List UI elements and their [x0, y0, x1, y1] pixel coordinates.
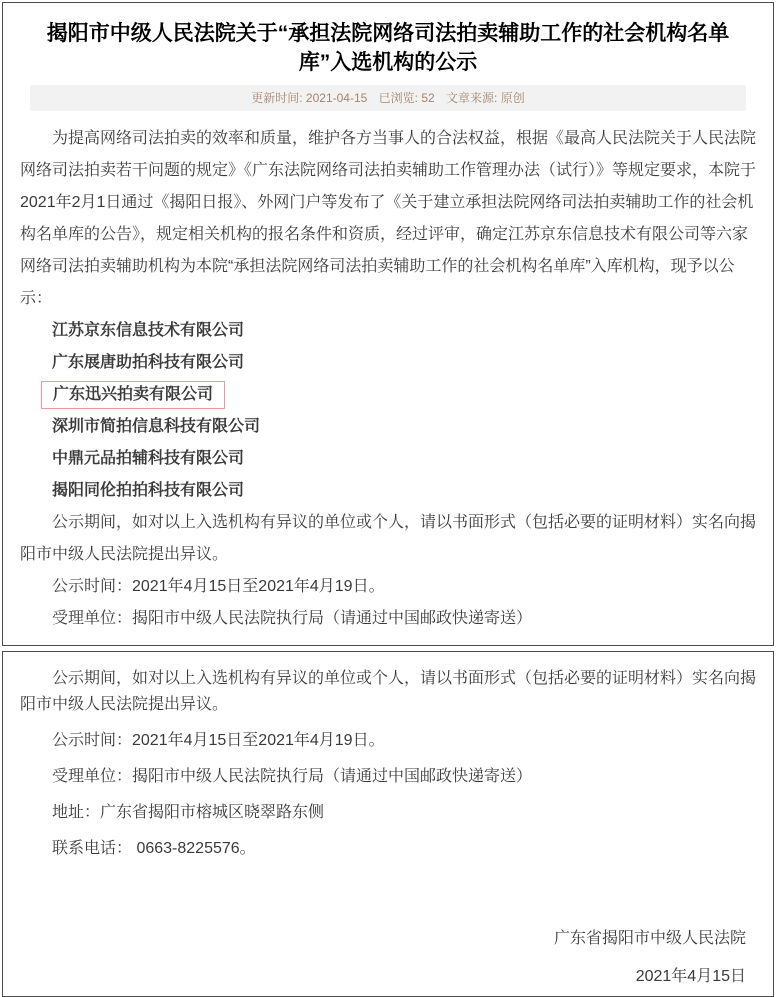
issuer-signature: 广东省揭阳市中级人民法院: [20, 926, 756, 952]
address-line: 地址：广东省揭阳市榕城区晓翠路东侧: [20, 800, 756, 826]
company-item: 江苏京东信息技术有限公司: [20, 315, 756, 347]
contact-announcement-section: 公示期间，如对以上入选机构有异议的单位或个人，请以书面形式（包括必要的证明材料）…: [2, 651, 774, 997]
meta-updated: 更新时间: 2021-04-15: [251, 91, 367, 105]
accepting-unit: 受理单位：揭阳市中级人民法院执行局（请通过中国邮政快递寄送）: [20, 764, 756, 790]
issue-date: 2021年4月15日: [20, 964, 756, 990]
objection-paragraph: 公示期间，如对以上入选机构有异议的单位或个人，请以书面形式（包括必要的证明材料）…: [20, 507, 756, 571]
meta-source: 文章来源: 原创: [446, 91, 525, 105]
intro-paragraph: 为提高网络司法拍卖的效率和质量，维护各方当事人的合法权益，根据《最高人民法院关于…: [20, 123, 756, 315]
accepting-unit: 受理单位：揭阳市中级人民法院执行局（请通过中国邮政快递寄送）: [20, 603, 756, 635]
page-title: 揭阳市中级人民法院关于“承担法院网络司法拍卖辅助工作的社会机构名单库”入选机构的…: [46, 19, 730, 77]
objection-paragraph: 公示期间，如对以上入选机构有异议的单位或个人，请以书面形式（包括必要的证明材料）…: [20, 666, 756, 718]
main-announcement-section: 揭阳市中级人民法院关于“承担法院网络司法拍卖辅助工作的社会机构名单库”入选机构的…: [2, 2, 774, 646]
phone-line: 联系电话： 0663-8225576。: [20, 836, 756, 862]
meta-bar: 更新时间: 2021-04-15 已浏览: 52 文章来源: 原创: [30, 85, 746, 111]
company-item: 深圳市简拍信息科技有限公司: [20, 411, 756, 443]
company-item-highlighted: 广东迅兴拍卖有限公司: [20, 379, 756, 411]
company-item: 中鼎元品拍辅科技有限公司: [20, 443, 756, 475]
company-list: 江苏京东信息技术有限公司 广东展唐助拍科技有限公司 广东迅兴拍卖有限公司 深圳市…: [20, 315, 756, 507]
meta-views: 已浏览: 52: [379, 91, 435, 105]
publicity-period: 公示时间：2021年4月15日至2021年4月19日。: [20, 728, 756, 754]
company-item: 揭阳同伦拍拍科技有限公司: [20, 475, 756, 507]
publicity-period: 公示时间：2021年4月15日至2021年4月19日。: [20, 571, 756, 603]
announcement-page: 揭阳市中级人民法院关于“承担法院网络司法拍卖辅助工作的社会机构名单库”入选机构的…: [0, 2, 776, 997]
highlight-red-box: 广东迅兴拍卖有限公司: [41, 381, 225, 409]
company-item: 广东展唐助拍科技有限公司: [20, 347, 756, 379]
